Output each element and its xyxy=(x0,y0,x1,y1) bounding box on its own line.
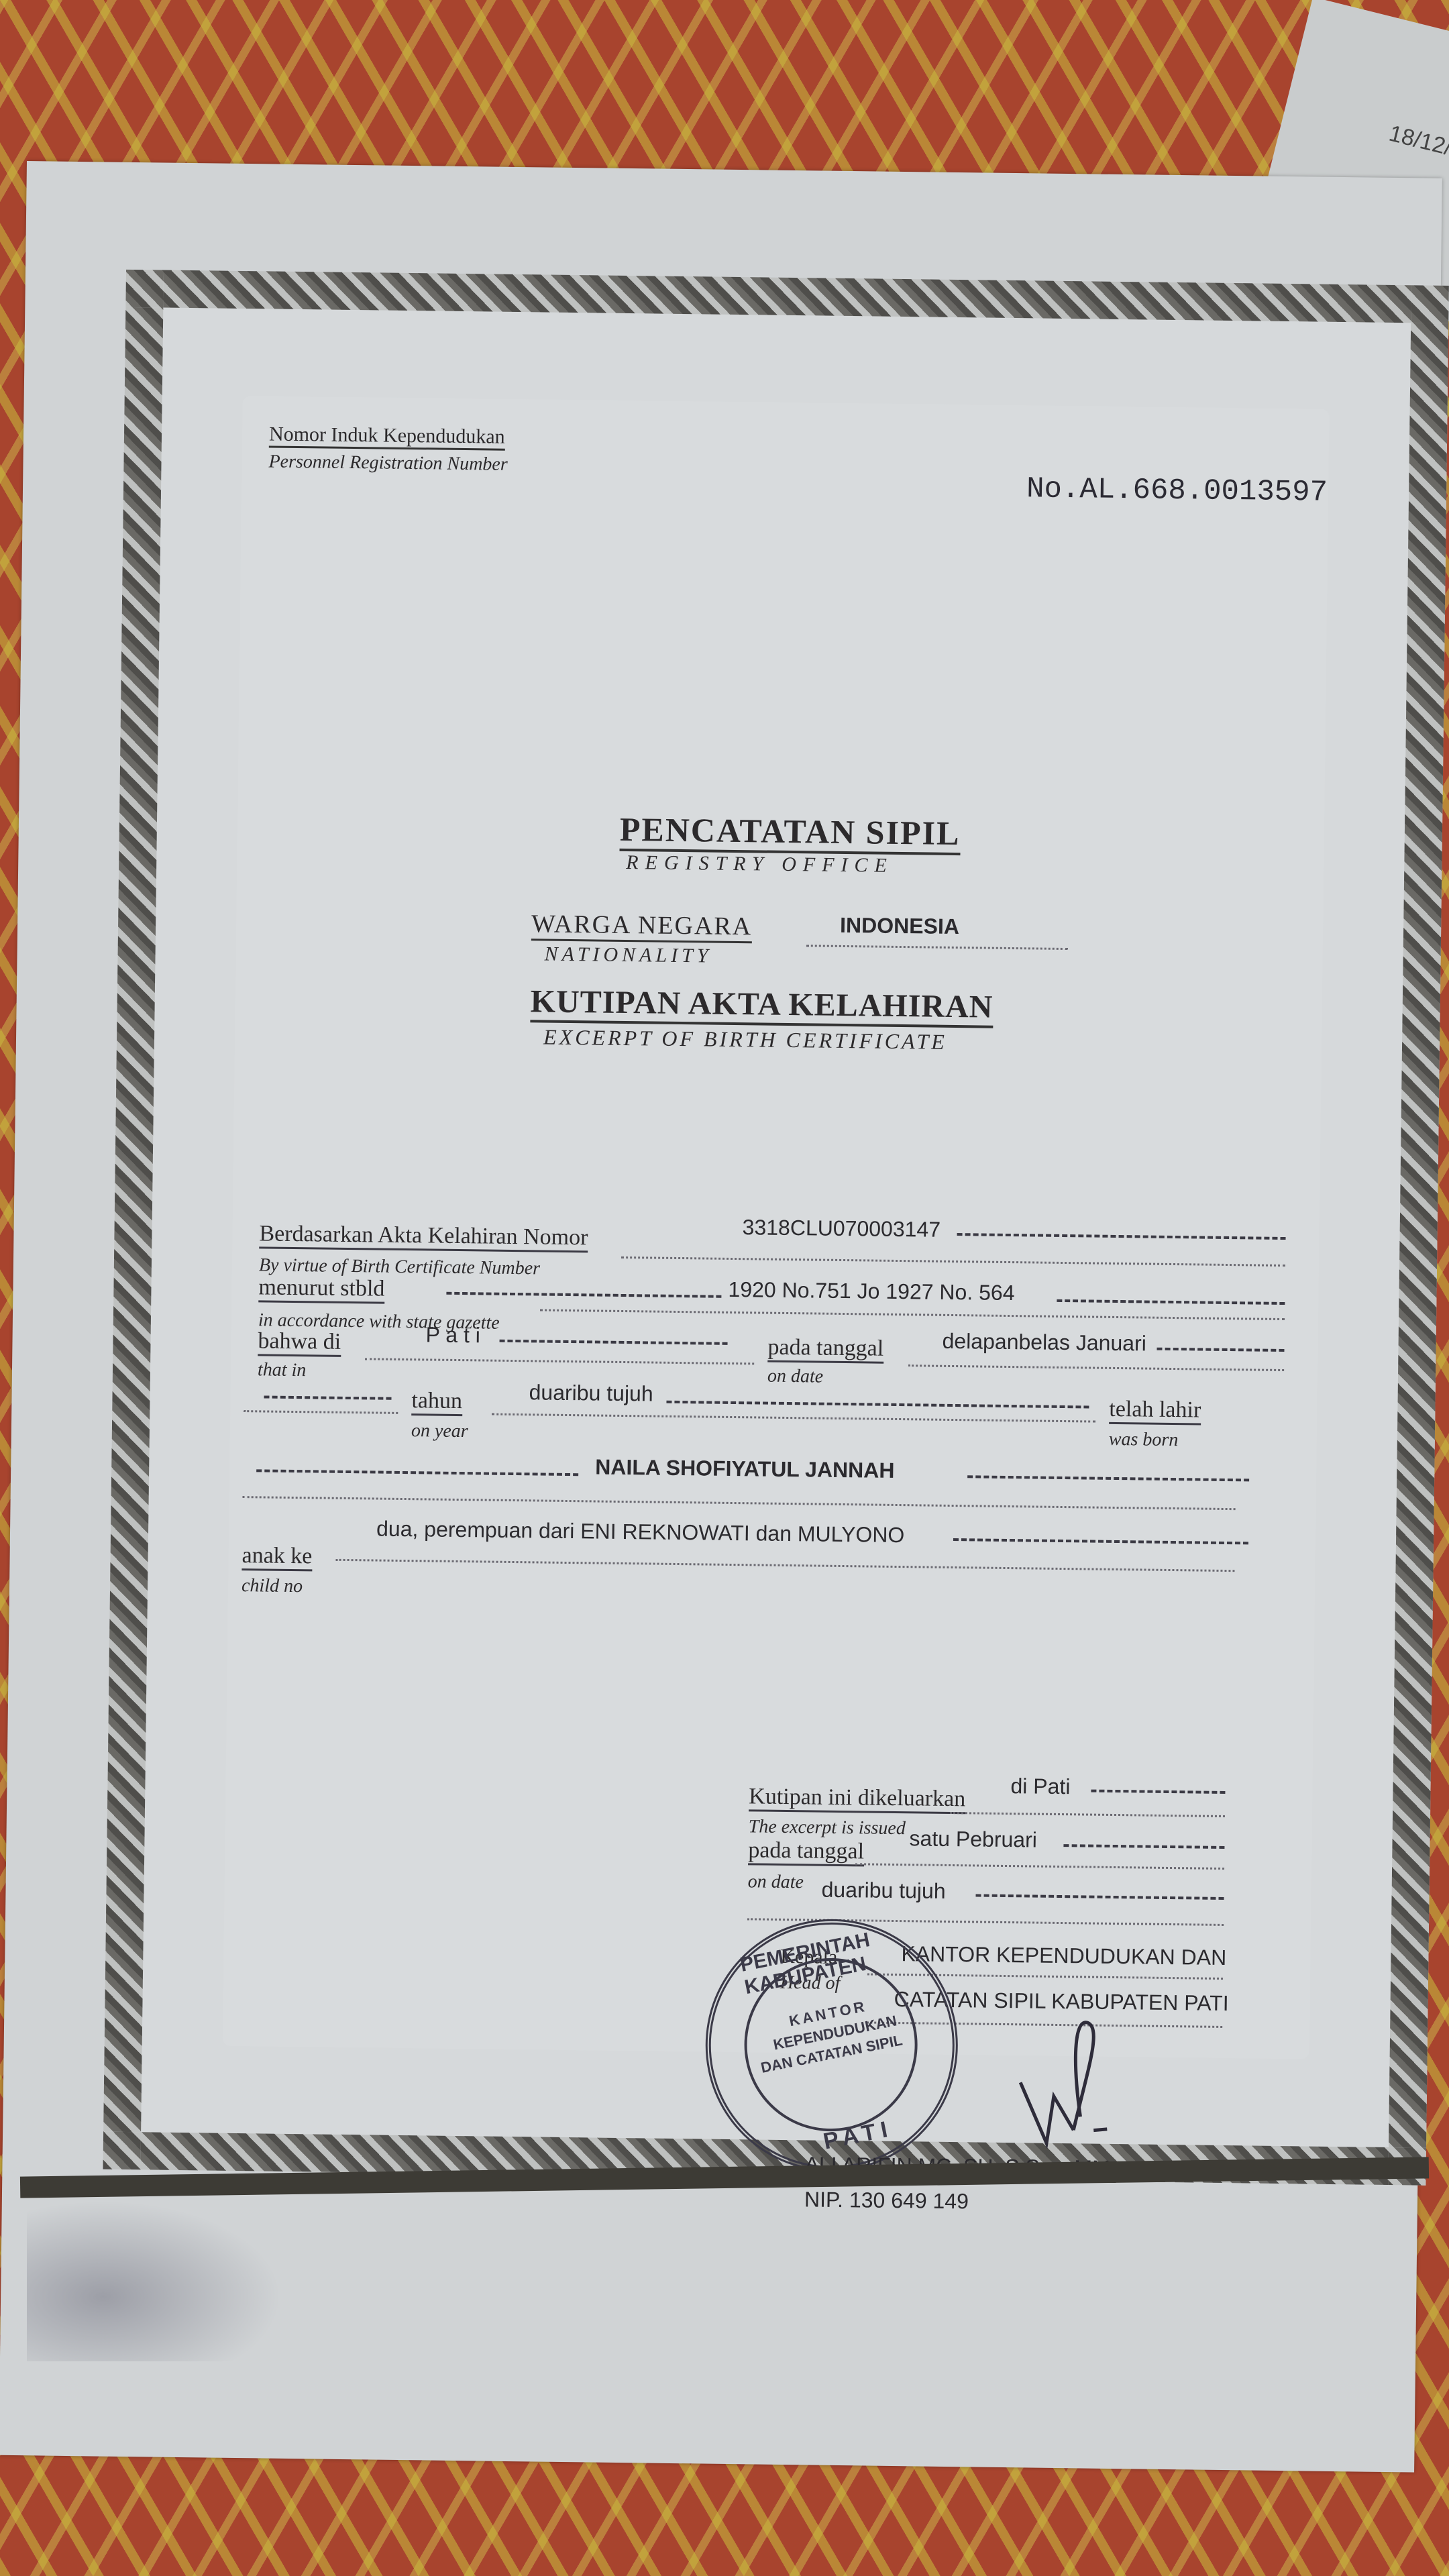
nik-label-en: Personnel Registration Number xyxy=(268,451,508,475)
date-stamp: 18/12/20 xyxy=(1387,121,1449,168)
issued-place: di Pati xyxy=(1010,1774,1070,1799)
place-label-en: that in xyxy=(258,1359,307,1381)
date-value: delapanbelas Januari xyxy=(942,1329,1146,1356)
issued-label-en: The excerpt is issued xyxy=(749,1816,906,1839)
date-label: pada tanggal xyxy=(767,1335,883,1364)
signature xyxy=(1006,2015,1156,2165)
born-label-en: was born xyxy=(1109,1429,1179,1451)
year-label: tahun xyxy=(411,1388,462,1416)
office-title-en: REGISTRY OFFICE xyxy=(626,851,894,877)
stbld-value: 1920 No.751 Jo 1927 No. 564 xyxy=(728,1277,1014,1305)
issue-date-value: satu Pebruari xyxy=(909,1826,1037,1852)
date-label-en: on date xyxy=(767,1366,824,1388)
nationality-label: WARGA NEGARA xyxy=(531,909,753,943)
nationality-label-en: NATIONALITY xyxy=(544,943,712,968)
child-no-label-en: child no xyxy=(241,1575,303,1597)
nik-label: Nomor Induk Kependudukan xyxy=(269,423,505,450)
place-value: P a t i xyxy=(425,1322,480,1348)
child-no-value: dua, perempuan dari ENI REKNOWATI dan MU… xyxy=(376,1517,905,1548)
child-name: NAILA SHOFIYATUL JANNAH xyxy=(595,1454,895,1483)
office-line-1: KANTOR KEPENDUDUKAN DAN xyxy=(901,1941,1226,1970)
official-nip: NIP. 130 649 149 xyxy=(804,2187,969,2214)
serial-number: No.AL.668.0013597 xyxy=(1026,472,1328,509)
issue-date-label: pada tanggal xyxy=(748,1837,864,1866)
document-title-en: EXCERPT OF BIRTH CERTIFICATE xyxy=(543,1025,947,1055)
document-title: KUTIPAN AKTA KELAHIRAN xyxy=(530,983,993,1028)
ornamental-border: Nomor Induk Kependudukan Personnel Regis… xyxy=(103,270,1448,2186)
certificate-sheet: Nomor Induk Kependudukan Personnel Regis… xyxy=(0,161,1442,2473)
ink-smudge xyxy=(27,2200,282,2361)
issued-label: Kutipan ini dikeluarkan xyxy=(749,1784,965,1814)
stbld-label: menurut stbld xyxy=(258,1275,384,1303)
cert-number-value: 3318CLU070003147 xyxy=(742,1215,941,1242)
cert-number-label: Berdasarkan Akta Kelahiran Nomor xyxy=(259,1221,588,1252)
nationality-value: INDONESIA xyxy=(840,913,959,939)
issue-year-value: duaribu tujuh xyxy=(821,1878,945,1904)
certificate-body: Nomor Induk Kependudukan Personnel Regis… xyxy=(223,396,1330,2059)
place-label: bahwa di xyxy=(258,1328,341,1357)
issue-date-label-en: on date xyxy=(748,1871,804,1893)
born-label: telah lahir xyxy=(1109,1397,1201,1426)
office-title: PENCATATAN SIPIL xyxy=(619,810,960,855)
child-no-label: anak ke xyxy=(241,1543,312,1571)
year-label-en: on year xyxy=(411,1420,468,1442)
year-value: duaribu tujuh xyxy=(529,1380,653,1406)
